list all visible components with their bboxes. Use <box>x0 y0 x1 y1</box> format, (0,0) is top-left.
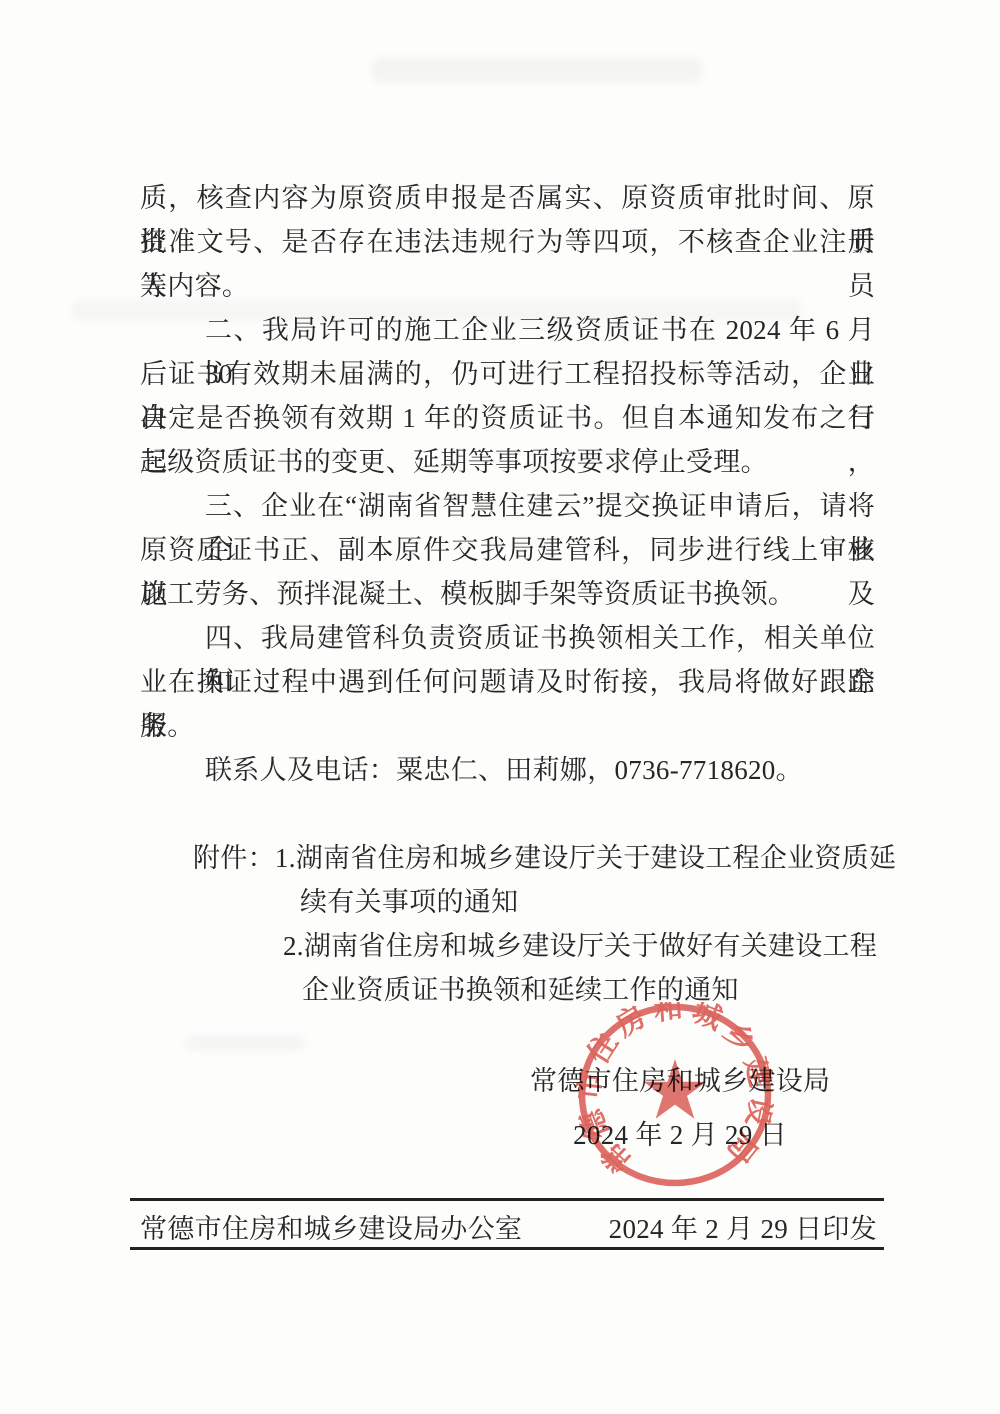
body-line: 原资质证书正、副本原件交我局建管科，同步进行线上审核以及 <box>140 528 875 572</box>
body-line: 决定是否换领有效期 1 年的资质证书。但自本通知发布之日起， <box>140 396 875 440</box>
contact-line: 联系人及电话：粟忠仁、田莉娜，0736-7718620。 <box>140 748 875 792</box>
footer-bottom-rule <box>130 1247 884 1250</box>
footer: 常德市住房和城乡建设局办公室 2024 年 2 月 29 日印发 <box>140 1204 877 1248</box>
body-line: 后证书有效期未届满的，仍可进行工程招投标等活动，企业自行 <box>140 352 875 396</box>
footer-issuer-office: 常德市住房和城乡建设局办公室 <box>140 1207 522 1246</box>
footer-top-rule <box>130 1198 884 1201</box>
body-line: 务。 <box>140 704 875 748</box>
signature-block: 常德市住房和城乡建设局 2024 年 2 月 29 日 <box>530 1059 830 1157</box>
body-line: 业在换证过程中遇到任何问题请及时衔接，我局将做好跟踪服 <box>140 660 875 704</box>
body-line-item-4: 四、我局建管科负责资质证书换领相关工作，相关单位和企 <box>140 616 875 660</box>
body-line-item-3: 三、企业在“湖南省智慧住建云”提交换证申请后，请将企业 <box>140 484 875 528</box>
blank-line <box>140 792 875 836</box>
body-line: 三级资质证书的变更、延期等事项按要求停止受理。 <box>140 440 875 484</box>
attachment-line-3: 2.湖南省住房和城乡建设厅关于做好有关建设工程 <box>140 924 875 968</box>
bleedthrough-artifact <box>185 1036 305 1050</box>
body-line: 质，核查内容为原资质申报是否属实、原资质审批时间、原资质 <box>140 176 875 220</box>
scanned-official-document: 质，核查内容为原资质申报是否属实、原资质审批时间、原资质 批准文号、是否存在违法… <box>0 0 1000 1414</box>
attachment-line-2: 续有关事项的通知 <box>140 880 875 924</box>
bleedthrough-artifact <box>372 58 702 82</box>
issue-date: 2024 年 2 月 29 日 <box>530 1113 830 1157</box>
document-body: 质，核查内容为原资质申报是否属实、原资质审批时间、原资质 批准文号、是否存在违法… <box>140 176 875 1012</box>
body-line-item-2: 二、我局许可的施工企业三级资质证书在 2024 年 6 月 30 日 <box>140 308 875 352</box>
body-line: 批准文号、是否存在违法违规行为等四项，不核查企业注册人员 <box>140 220 875 264</box>
attachment-line-4: 企业资质证书换领和延续工作的通知 <box>140 968 875 1012</box>
body-line: 施工劳务、预拌混凝土、模板脚手架等资质证书换领。 <box>140 572 875 616</box>
attachment-line-1: 附件：1.湖南省住房和城乡建设厅关于建设工程企业资质延 <box>140 836 875 880</box>
footer-print-date: 2024 年 2 月 29 日印发 <box>609 1207 877 1246</box>
issuing-agency-name: 常德市住房和城乡建设局 <box>530 1059 830 1103</box>
